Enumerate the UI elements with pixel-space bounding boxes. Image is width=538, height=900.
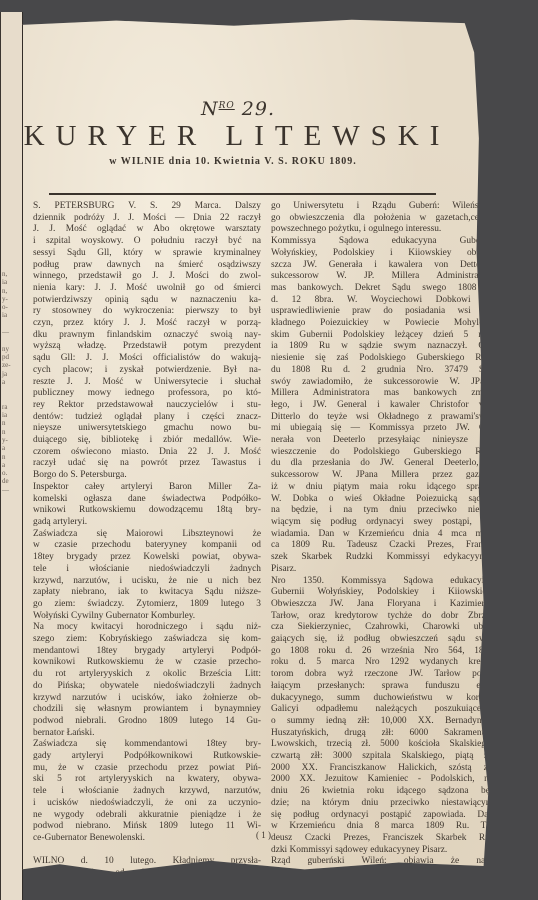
text-line: du dla przesłania do JW. General Deeterl… <box>271 458 493 470</box>
text-line: dziennik podróży J. J. Mości — Dnia 22 r… <box>33 213 261 225</box>
issue-sup: RO <box>219 101 235 111</box>
text-line: podwod niebrano. Mińsk 1809 lutego 11 Wi… <box>33 821 261 833</box>
text-line: dzie; na którym dniu przeciwko niestawią… <box>271 798 493 810</box>
text-line: J. J. Mość oglądać w Abo okrętowe warszt… <box>33 224 261 236</box>
text-line: Wołyńskiey, Podolskiey i Kiiowskiey obwi… <box>271 248 493 260</box>
text-line: wnikowi Rutkowskiemu dowodzącemu 18tą br… <box>33 505 261 517</box>
text-line: i szpital woyskowy. O południu raczył by… <box>33 236 261 248</box>
text-line: ne wygody odebrali akkuratnie pieniądze … <box>33 810 261 822</box>
text-line: szek Skarbek Rudzki Kommissyi edykacyyne… <box>271 552 493 564</box>
text-line: Gubernii Wołyńskiey, Podolskiey i Kiiows… <box>271 587 493 599</box>
issue-number: NRO 29. <box>0 98 493 120</box>
text-line: niesienie się zaś Podolskiego Guberskieg… <box>271 353 493 365</box>
text-line: wiącym się podług ordynacyi swey postąpi… <box>271 517 493 529</box>
text-line: ca 1809 Ru. Tadeusz Czacki Prezes, Franc… <box>271 540 493 552</box>
text-line: Millera Administratora mas bankowych zma… <box>271 388 493 400</box>
text-line: tele i włościanie niedoświadczyli żadnyc… <box>33 564 261 576</box>
text-line: torom dobra wyż rzeczone JW. Tarłow posy… <box>271 669 493 681</box>
text-line: się podług ordynacyi postąpić zapowiada.… <box>271 810 493 822</box>
text-line: Nro 1350. Kommissya Sądowa edukacyina <box>271 576 493 588</box>
text-line: 2000 XX. Jezuitow Kamieniec - Podolskich… <box>271 774 493 786</box>
text-line: potwierdziwszy opinią sądu w naznaczeniu… <box>33 295 261 307</box>
text-line: w Krzemieńcu dnia 8 marca 1809 Ru. Ta- <box>271 821 493 833</box>
text-line: łaiącym przesłanych: sprawa funduszu edu… <box>271 681 493 693</box>
text-line: komelski ogłasza dane świadectwa Podpółk… <box>33 494 261 506</box>
text-line: Galicyi odpadłemu należących poszukuiące… <box>271 704 493 716</box>
text-line: krzywd, narzutów, i ucisku, że nie u nic… <box>33 576 261 588</box>
text-line: deusz Czacki Prezes, Franciszek Skarbek … <box>271 833 493 845</box>
text-line: mi ubiegaią się — Kommissya przeto JW. G… <box>271 423 493 435</box>
text-line: Ditterlo do teyże wsi Okładnego z prawam… <box>271 412 493 424</box>
text-line: zapłaty niebrano, iak to kwitacya Sądu n… <box>33 587 261 599</box>
text-line: gaiących się, iż podług obwieszczeń sądu… <box>271 634 493 646</box>
text-line: go 1808 roku d. 26 września Nro 564, 180… <box>271 646 493 658</box>
issue-prefix: N <box>201 98 219 120</box>
text-line: krzywd narzutów i ucisków, iako żołnierz… <box>33 693 261 705</box>
text-line: podług praw dawnych na śmierć osądziwszy <box>33 260 261 272</box>
text-line: roku d. 5 marca Nro 1292 wydanych kredy- <box>271 657 493 669</box>
text-line: publiczney mowy iednego professora, po k… <box>33 388 261 400</box>
text-line: nerała von Deeterlo przesyłaiąc ninieysz… <box>271 435 493 447</box>
text-line: Lwowskich, trzecią zł. 5000 kościoła Ska… <box>271 739 493 751</box>
masthead-divider <box>49 193 436 195</box>
text-line: mas bankowych. Dekret Sądu swego 1808 r. <box>271 283 493 295</box>
text-line: wyższą władzę. Przedstawił potym prezyde… <box>33 341 261 353</box>
text-line: cych placow; i zyskał potwierdzenie. Był… <box>33 365 261 377</box>
text-line: cza Siekierzyniec, Czahrowki, Charowki u… <box>271 622 493 634</box>
text-line: chodzili się własnym prowiantem i bynaym… <box>33 704 261 716</box>
text-line: Obwieszcza JW. Jana Floryana i Kazimierz… <box>271 599 493 611</box>
text-line: i ucisków niedoświadczyli, że oni za ucz… <box>33 798 261 810</box>
text-line: skim Gubernii Podolskiey leżącey dzień 5… <box>271 330 493 342</box>
text-line: nienia kary: J. J. Mość uwolnił go od śm… <box>33 283 261 295</box>
text-line: na będzie, i na tym dniu przeciwko niest… <box>271 505 493 517</box>
text-line: winnego, przedstawił go J. J. Mości do z… <box>33 271 261 283</box>
text-line: ski 5 rot artyleryyskich na kwatery, oby… <box>33 774 261 786</box>
text-line: sukcessorow W. JPana Millera przez gazet… <box>271 470 493 482</box>
text-line: szego ziem: Kobryńskiego zaświadcza się … <box>33 634 261 646</box>
text-line: bernator Łański. <box>33 728 261 740</box>
text-line: sukcessorow W. JP. Millera Administrator… <box>271 271 493 283</box>
text-line: czorem oświecono miasto. Dnia 22 J. J. M… <box>33 447 261 459</box>
text-line: reszte J. J. Mość w Uniwersytecie i słuc… <box>33 377 261 389</box>
newspaper-title: KURYER LITEWSKI <box>0 120 493 153</box>
text-line: Na mocy kwitacyi horodniczego i sądu niż… <box>33 622 261 634</box>
facing-page-text-fragments: n, ia n, y- o- ia — ny pd ze- ja a ra ia… <box>2 270 11 494</box>
text-line: do Pińska; obywatele niedoświadczyli żad… <box>33 681 261 693</box>
facing-page-gutter <box>0 12 1 900</box>
text-line: czwartą złł: 3000 szpitala Skalskiego, p… <box>271 751 493 763</box>
text-line: Borgo do S. Petersburga. <box>33 470 261 482</box>
text-line: sądu Gll: J. J. Mości officialistów do w… <box>33 353 261 365</box>
text-line: Wołyński Cywilny Gubernator Komburley. <box>33 611 261 623</box>
text-line: wyższym Jmiennym Ukazem d. 30 marca 1808 <box>271 868 493 880</box>
text-line: dukacyynego, summ duchowieństwu w kordon <box>271 693 493 705</box>
newspaper-page: NRO 29. KURYER LITEWSKI w WILNIE dnia 10… <box>22 18 493 878</box>
text-line <box>33 845 261 857</box>
masthead: NRO 29. KURYER LITEWSKI w WILNIE dnia 10… <box>23 98 493 167</box>
left-column: S. PETERSBURG V. S. 29 Marca. Dalszydzie… <box>33 201 261 880</box>
text-line: duiącego się, bibliotekę i zbiór medalló… <box>33 435 261 447</box>
text-line: du rot artyleryyskich z okolic Brześcia … <box>33 669 261 681</box>
text-line: szcza JW. Generała i kawalera von Detter… <box>271 260 493 272</box>
text-line: d. 12 8bra. W. Woyciechowi Dobkowi na <box>271 295 493 307</box>
text-line: gadą artyleryi. <box>33 517 261 529</box>
text-line: usprawiedliwienie praw do posiadania wsi… <box>271 306 493 318</box>
text-line: powszechnego pożytku, i ogulnego interes… <box>271 224 493 236</box>
text-line: dzki Kommissyi sądowey edukacyyney Pisar… <box>271 845 493 857</box>
text-line: raczył udać się na powrót przez Tawastus… <box>33 458 261 470</box>
text-line: ia 1809 Ru w sądzie swym naznaczył. Od- <box>271 341 493 353</box>
text-line: wieszczenie do Podolskiego Guberskiego R… <box>271 447 493 459</box>
text-line: ne urzędowie od Imperatorskiego Wileński… <box>33 868 261 880</box>
text-line: łego, i JW. General i kawaler Christofor… <box>271 400 493 412</box>
text-line: Zaświadcza się kommendantowi 18tey bry- <box>33 739 261 751</box>
text-line: W. Dobka o wieś Okładne Poiezuicką sądzo… <box>271 494 493 506</box>
text-line: sessyi Sądu Gll, który w sprawie krymina… <box>33 248 261 260</box>
text-line: kładnego Poiezuickiey w Powiecie Mohylew… <box>271 318 493 330</box>
text-line: Huszatyńskich, drugą złł: 6000 Sakrament… <box>271 728 493 740</box>
text-line: Pisarz. <box>271 564 493 576</box>
text-line: czyn, przez który J. J. Mość raczył w po… <box>33 318 261 330</box>
text-line: 18tey brygady przez Kowelski powiat, oby… <box>33 552 261 564</box>
text-line: go obwieszczenia dla położenia w gazetac… <box>271 213 493 225</box>
text-line: w czasie przechodu bateryyney kompanii o… <box>33 540 261 552</box>
text-line: ce-Gubernator Benewolenski. <box>33 833 261 845</box>
text-line: gady artyleryi Podpółkownikowi Rutkowski… <box>33 751 261 763</box>
text-line: WILNO d. 10 lutego. Kładniemy przysła- <box>33 856 261 868</box>
text-line: S. PETERSBURG V. S. 29 Marca. Dalszy <box>33 201 261 213</box>
text-line: mu, że w czasie przechodu przez powiat P… <box>33 763 261 775</box>
text-line: tele i włościanie żadnych krzywd, narzut… <box>33 786 261 798</box>
text-line: Zaświadcza się Maiorowi Libszteynowi że <box>33 529 261 541</box>
text-line: podwod niebrali. Grodno 1809 lutego 14 G… <box>33 716 261 728</box>
issue-number-value: 29. <box>242 98 275 120</box>
text-line: dku prawnym finlandskim oznaczyć swoią n… <box>33 330 261 342</box>
facing-page-edge: n, ia n, y- o- ia — ny pd ze- ja a ra ia… <box>0 12 23 900</box>
text-line: wiadamia. Dan w Krzemieńcu dnia 4 mca ma… <box>271 529 493 541</box>
text-line: du 1808 Ru d. 2 grudnia Nro. 37479 Sąd <box>271 365 493 377</box>
text-line: Tarłow, oraz kredytorow tychże do dobr Z… <box>271 611 493 623</box>
text-line: Inspektor całey artyleryi Baron Miller Z… <box>33 482 261 494</box>
dateline: w WILNIE dnia 10. Kwietnia V. S. ROKU 18… <box>0 156 493 167</box>
text-line: swóy zawiadomiło, że sukcessorowie W. JP… <box>271 377 493 389</box>
right-column: go Uniwersytetu i Rządu Guberń: Wileński… <box>271 201 493 880</box>
text-line: kownikowi Rutkowskiemu że w czasie przec… <box>33 657 261 669</box>
text-line: rey Rektor przedstawował nauczycielów i … <box>33 400 261 412</box>
page-number: ( 1 ) <box>256 830 271 840</box>
text-line: nieysze uniwersytetskiego gmachu nowo bu… <box>33 423 261 435</box>
text-line: dniu 26 kwietnia roku idącego sądzona bę… <box>271 786 493 798</box>
text-line: o summy iedną złł: 10,000 XX. Bernadynow <box>271 716 493 728</box>
text-line: go ziem: świadczy. Zytomierz, 1809 luteg… <box>33 599 261 611</box>
text-line: mendantowi 18tey brygady artyleryi Podpó… <box>33 646 261 658</box>
text-line: Kommissya Sądowa edukacyyna Gubernii <box>271 236 493 248</box>
text-line: Rząd guberński Wileń: obiawia że nay- <box>271 856 493 868</box>
text-line: dentów: tudzież oglądał plany i części z… <box>33 412 261 424</box>
text-line: iż w dniu piątym maia roku idącego spraw… <box>271 482 493 494</box>
text-line: ry stosowney do wykroczenia: pierwszy to… <box>33 306 261 318</box>
text-line: go Uniwersytetu i Rządu Guberń: Wileński… <box>271 201 493 213</box>
text-line: 2000 XX. Franciszkanow Halickich, szóstą… <box>271 763 493 775</box>
